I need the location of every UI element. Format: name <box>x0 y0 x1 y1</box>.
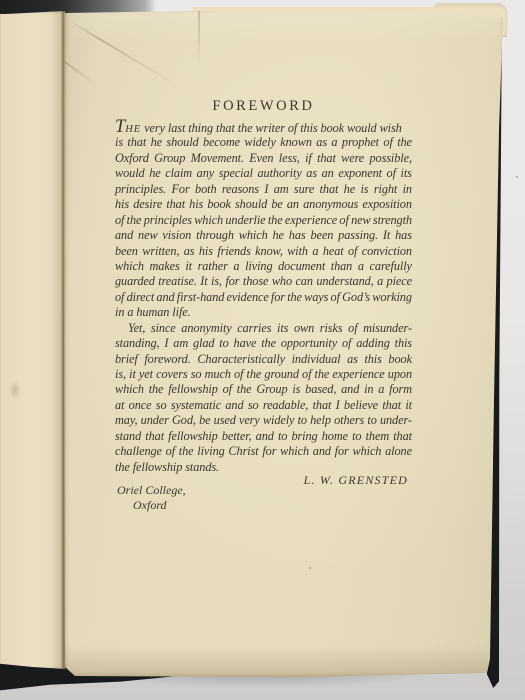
place-line-2: Oxford <box>117 498 186 513</box>
text-line: standing,Iamgladtohavetheopportunityofad… <box>115 336 412 351</box>
text-line: challengeofthelivingChristforwhichandfor… <box>115 444 412 459</box>
text-line: beenwritten,ashisfriendsknow,withaheatof… <box>115 244 412 259</box>
text-line: Yet,sinceanonymitycarriesitsownrisksofmi… <box>115 321 412 336</box>
text-line: guardedtreatise.Itis,forthosewhocanunder… <box>115 274 412 289</box>
text-line: whichmakesitratheralivingdocumentthanaca… <box>115 259 412 274</box>
place: Oriel College, Oxford <box>117 483 186 512</box>
text-line: wouldheclaimanyspecialauthorityasanexpon… <box>115 166 412 181</box>
text-line: atoncesosystematicandsoreadable,thatIbel… <box>115 398 412 413</box>
text-line: isthatheshouldbecomewidelyknownasaprophe… <box>115 135 412 150</box>
foreword-heading: FOREWORD <box>115 97 412 115</box>
printed-content: FOREWORD THEvery last thing that the wri… <box>0 0 525 700</box>
text-line: briefforeword.Characteristicallyindividu… <box>115 352 412 367</box>
text-line: standthatfellowshipbetter,andtobringhome… <box>115 429 412 444</box>
text-line: hisdesirethathisbookshouldbeananonymouse… <box>115 197 412 212</box>
text-line: THEvery last thing that the writer of th… <box>115 120 412 135</box>
text-line: principles.ForbothreasonsIamsurethatheis… <box>115 182 412 197</box>
text-line: is,ityetcoverssomuchofthegroundoftheexpe… <box>115 367 412 382</box>
book-photo: FOREWORD THEvery last thing that the wri… <box>0 0 525 700</box>
text-line: whichthefellowshipoftheGroupisbased,andi… <box>115 382 412 397</box>
text-line: OxfordGroupMovement.Evenless,ifthatwerep… <box>115 151 412 166</box>
text-line: in a human life. <box>115 305 412 320</box>
place-line-1: Oriel College, <box>117 483 186 498</box>
text-line: andnewvisionthroughwhichhehasbeenpassing… <box>115 228 412 243</box>
text-line: ofdirectandfirst-handevidenceforthewayso… <box>115 290 412 305</box>
foreword-body: THEvery last thing that the writer of th… <box>115 120 412 475</box>
text-line: may,underGod,beusedverywidelytohelpother… <box>115 413 412 428</box>
text-line: oftheprincipleswhichunderlietheexperienc… <box>115 213 412 228</box>
